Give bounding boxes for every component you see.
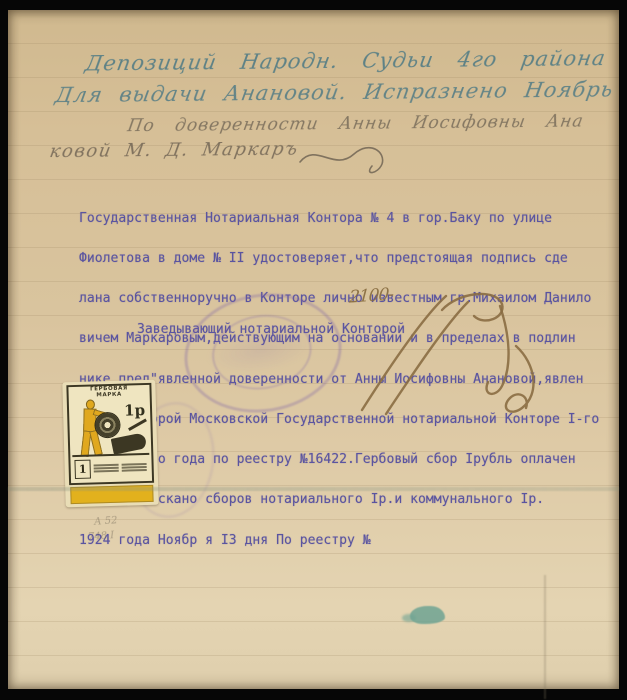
- paper-crease-vertical: [544, 575, 546, 699]
- handwritten-line-4: ковой М. Д. Маркаръ: [48, 139, 300, 163]
- stamp-micro-text: [94, 463, 147, 472]
- typed-line: Государственная Нотариальная Контора № 4…: [79, 212, 589, 225]
- paper-crease-horizontal: [8, 487, 619, 491]
- plough-handle-icon: [128, 418, 147, 430]
- notary-signature: [350, 288, 565, 423]
- cogwheel-icon: [95, 413, 120, 438]
- revenue-stamp-frame: ГЕРБОВАЯ МАРКА 1р 1: [66, 383, 154, 485]
- handwritten-line-1: Депозиций Народн. Судьи 4го района г.Бак…: [83, 45, 627, 75]
- revenue-stamp-value-box: 1: [72, 453, 150, 481]
- ink-blob: [410, 606, 445, 624]
- denomination-label: 1р: [124, 401, 145, 420]
- stamp-value-number: 1: [74, 459, 91, 478]
- pencil-mark-1: А 52: [94, 515, 118, 528]
- typed-line: 1924 года Ноябр я I3 дня По реестру №: [79, 534, 589, 547]
- handwritten-line-2: Для выдачи Анановой. Испразнено Ноябрь: [54, 77, 616, 107]
- typed-line: Фиолетова в доме № II удостоверяет,что п…: [79, 252, 589, 265]
- document-paper: Депозиций Народн. Судьи 4го района г.Бак…: [8, 10, 619, 689]
- plough-icon: [111, 432, 148, 455]
- handwritten-line-3: По доверенности Анны Иосифовны Ана: [126, 112, 585, 137]
- revenue-stamp-title-line2: МАРКА: [69, 391, 150, 399]
- handwriting-flourish: [296, 138, 406, 180]
- revenue-stamp-title: ГЕРБОВАЯ МАРКА: [68, 386, 149, 399]
- pencil-mark-2: 748 I: [88, 530, 115, 543]
